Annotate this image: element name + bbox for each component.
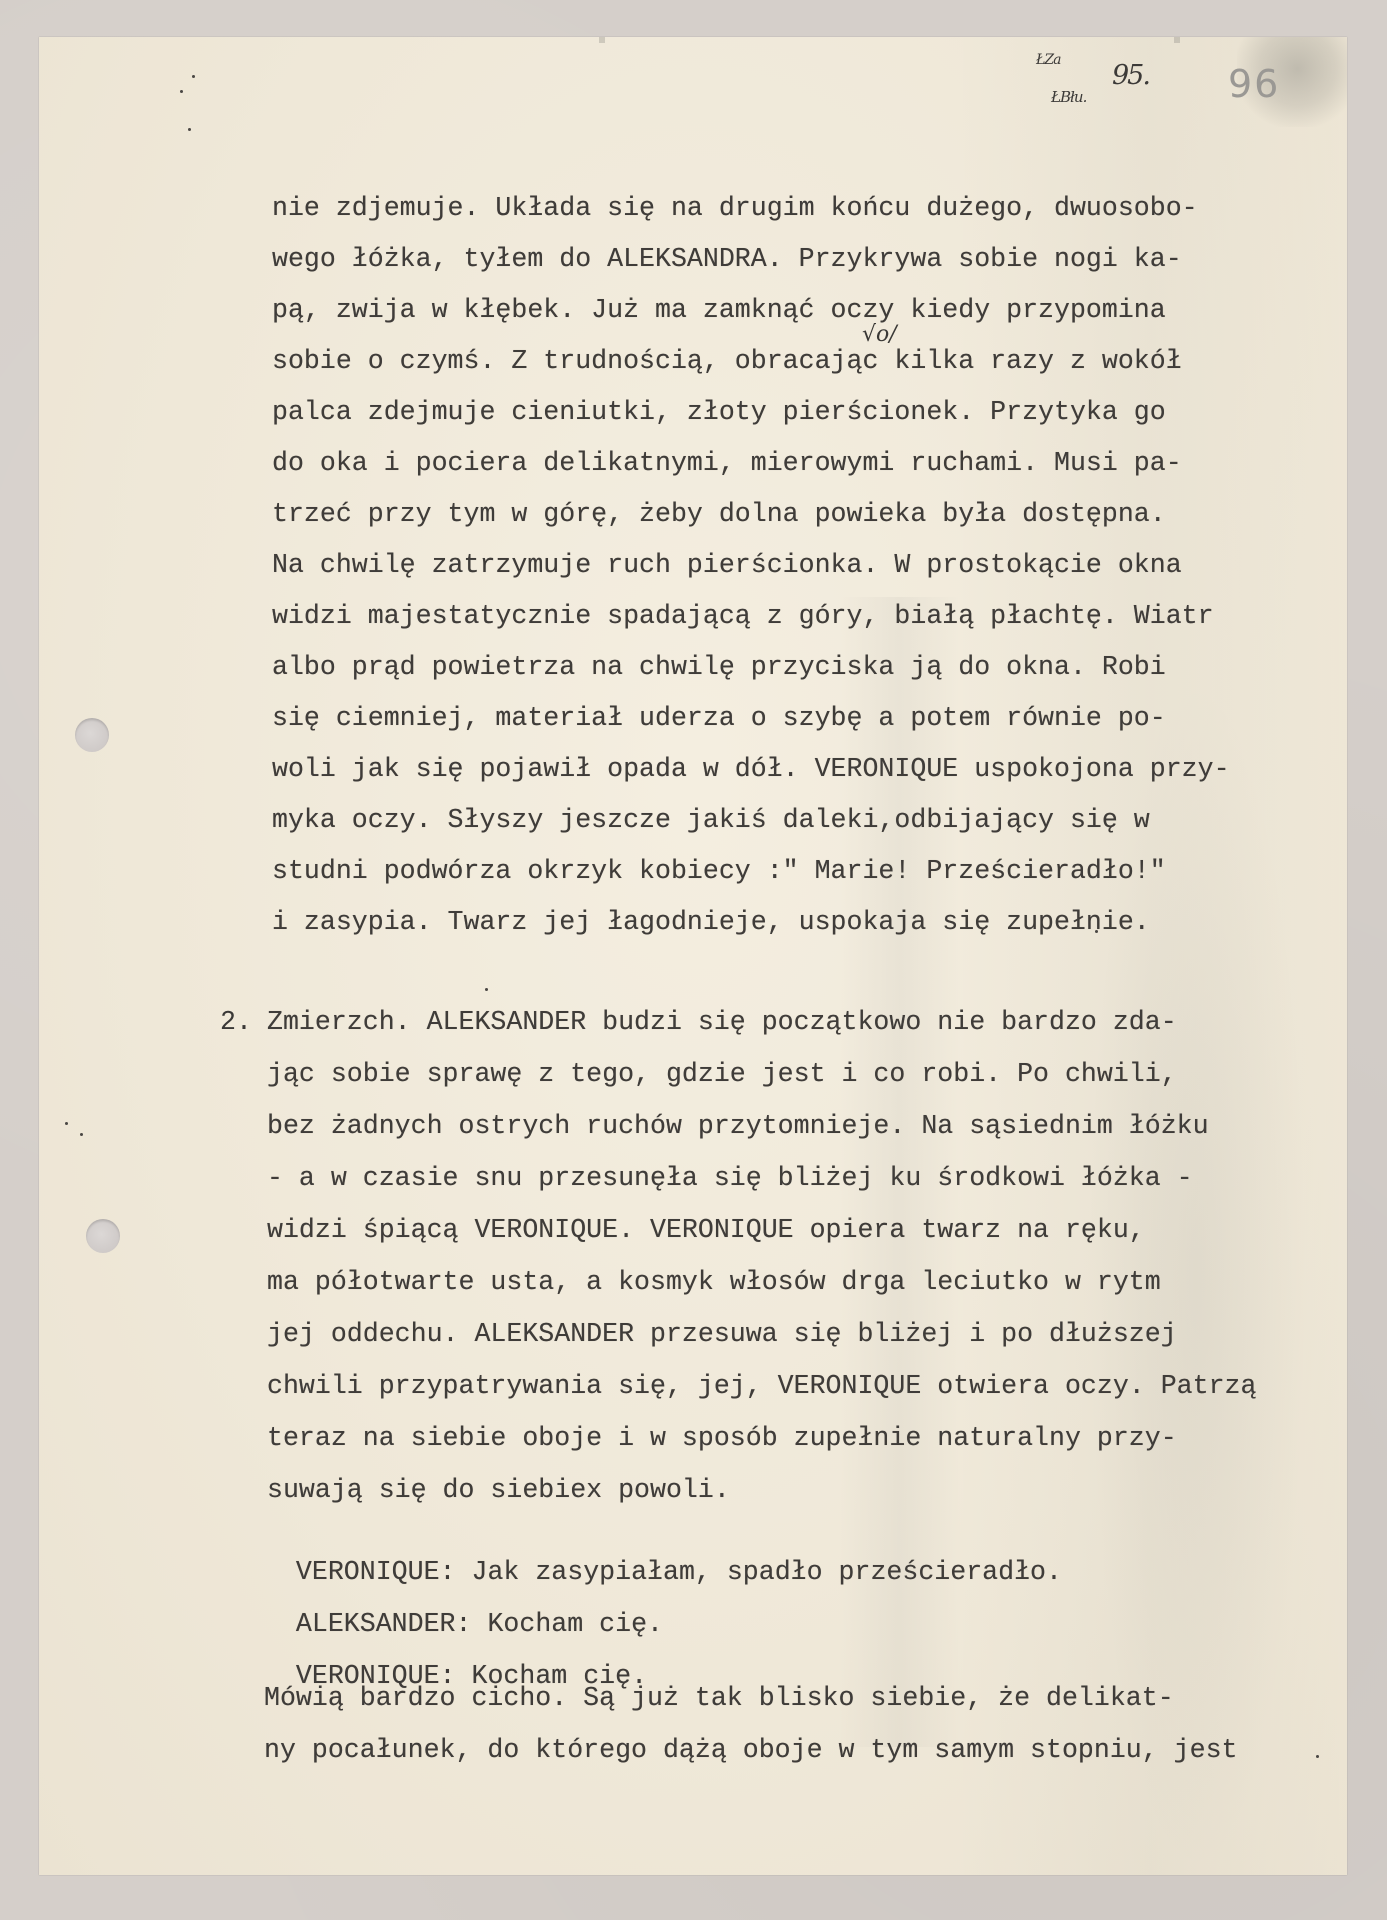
text-line: woli jak się pojawił opada w dół. VERONI… [272,754,1230,784]
text-line: nie zdjemuje. Układa się na drugim końcu… [272,193,1198,223]
text-line: do oka i pociera delikatnymi, mierowymi … [272,448,1182,478]
text-line: teraz na siebie oboje i w sposób zupełni… [267,1423,1177,1453]
paper-speck [180,90,183,93]
text-line: i zasypia. Twarz jej łagodnieje, uspokaj… [272,907,1150,937]
pencil-page-number: 96 [1228,62,1280,106]
text-line: ny pocałunek, do którego dążą oboje w ty… [264,1735,1238,1765]
paper-speck [1095,930,1098,933]
text-line: bez żadnych ostrych ruchów przytomnieje.… [267,1111,1209,1141]
text-line: się ciemniej, materiał uderza o szybę a … [272,703,1166,733]
handwritten-initials: ŁBłu. [1051,88,1086,106]
text-line: pą, zwija w kłębek. Już ma zamknąć oczy … [272,295,1166,325]
text-line: sobie o czymś. Z trudnością, obracając k… [272,346,1182,376]
text-line: studni podwórza okrzyk kobiecy :" Marie!… [272,856,1166,886]
handwritten-page-number: 95. [1112,60,1149,91]
text-line: wego łóżka, tyłem do ALEKSANDRA. Przykry… [272,244,1182,274]
text-line: albo prąd powietrza na chwilę przyciska … [272,652,1166,682]
text-line: Mówią bardzo cicho. Są już tak blisko si… [264,1683,1174,1713]
paper-speck [1316,1755,1319,1758]
text-line: widzi majestatycznie spadającą z góry, b… [272,601,1214,631]
text-line: ma półotwarte usta, a kosmyk włosów drga… [267,1267,1161,1297]
text-line: chwili przypatrywania się, jej, VERONIQU… [267,1371,1256,1401]
text-line: myka oczy. Słyszy jeszcze jakiś daleki,o… [272,805,1150,835]
punch-hole-icon [86,1219,120,1253]
section-number: 2. [220,1007,252,1037]
torn-top-edge [39,37,1347,43]
text-line: jej oddechu. ALEKSANDER przesuwa się bli… [267,1319,1177,1349]
dialogue-line: VERONIQUE: Kocham cię. [264,1631,647,1691]
text-line: Na chwilę zatrzymuje ruch pierścionka. W… [272,550,1182,580]
paper-speck [485,988,488,991]
text-line: suwają się do siebiex powoli. [267,1475,730,1505]
text-line: widzi śpiącą VERONIQUE. VERONIQUE opiera… [267,1215,1145,1245]
text-line: Zmierzch. ALEKSANDER budzi się początkow… [267,1007,1177,1037]
paper-speck [192,75,195,78]
insertion-mark: √o/ [862,322,897,347]
paper-speck [80,1133,83,1136]
dialogue-line: ALEKSANDER: Kocham cię. [264,1579,663,1639]
text-line: - a w czasie snu przesunęła się bliżej k… [267,1163,1193,1193]
handwritten-initials: ŁZa [1036,52,1060,68]
text-line: jąc sobie sprawę z tego, gdzie jest i co… [267,1059,1177,1089]
dialogue-line: VERONIQUE: Jak zasypiałam, spadło prześc… [264,1527,1062,1587]
paper-speck [65,1122,68,1125]
paper-speck [188,128,191,131]
text-line: trzeć przy tym w górę, żeby dolna powiek… [272,499,1166,529]
punch-hole-icon [75,718,109,752]
text-line: palca zdejmuje cieniutki, złoty pierścio… [272,397,1166,427]
